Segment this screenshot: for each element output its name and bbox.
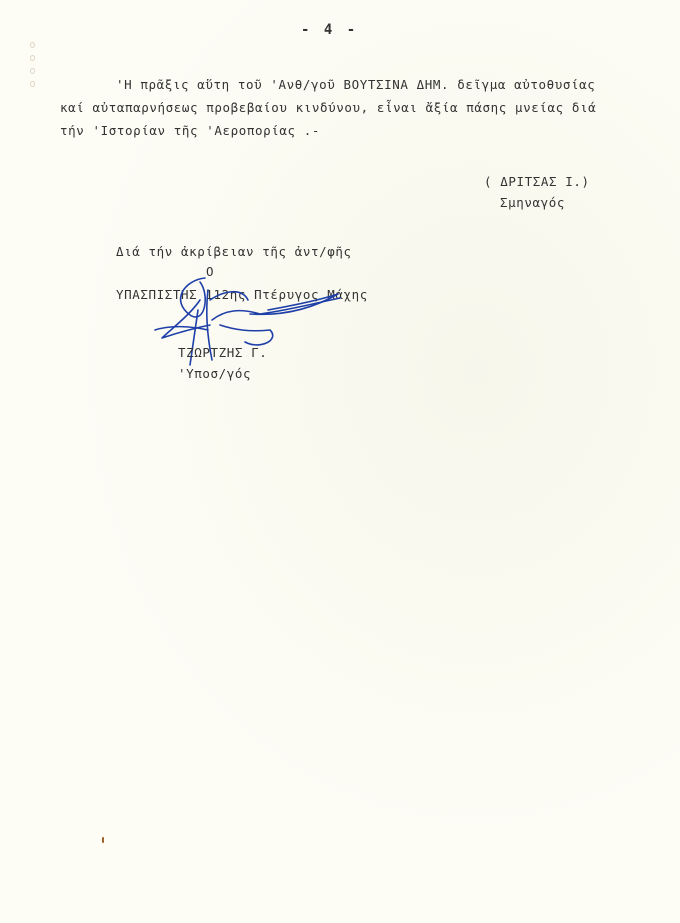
punch-hole-marks: [30, 42, 38, 92]
certification-article: Ο: [206, 264, 214, 279]
document-page: - 4 - 'Η πρᾶξις αὕτη τοῦ 'Ανθ/γοῦ ΒΟΥΤΣΙ…: [0, 0, 680, 923]
page-number: - 4 -: [301, 22, 358, 38]
body-line-2: καί αὐταπαρνήσεως προβεβαίου κινδύνου, ε…: [60, 100, 596, 115]
certifier-name: ΤΖΩΡΤΖΗΣ Γ.: [178, 345, 267, 360]
body-line-3: τήν 'Ιστορίαν τῆς 'Αεροπορίας .-: [60, 123, 320, 138]
signatory-rank: Σμηναγός: [500, 195, 565, 210]
paper-speck: [102, 837, 104, 843]
certifier-rank: 'Υποσ/γός: [178, 366, 251, 381]
body-line-1: 'Η πρᾶξις αὕτη τοῦ 'Ανθ/γοῦ ΒΟΥΤΣΙΝΑ ΔΗΜ…: [116, 77, 595, 92]
certifier-unit: ΥΠΑΣΠΙΣΤΗΣ 112ης Πτέρυγος Μάχης: [116, 287, 368, 302]
certification-statement: Διά τήν ἀκρίβειαν τῆς ἀντ/φῆς: [116, 244, 352, 259]
signatory-name: ( ΔΡΙΤΣΑΣ Ι.): [484, 174, 590, 189]
